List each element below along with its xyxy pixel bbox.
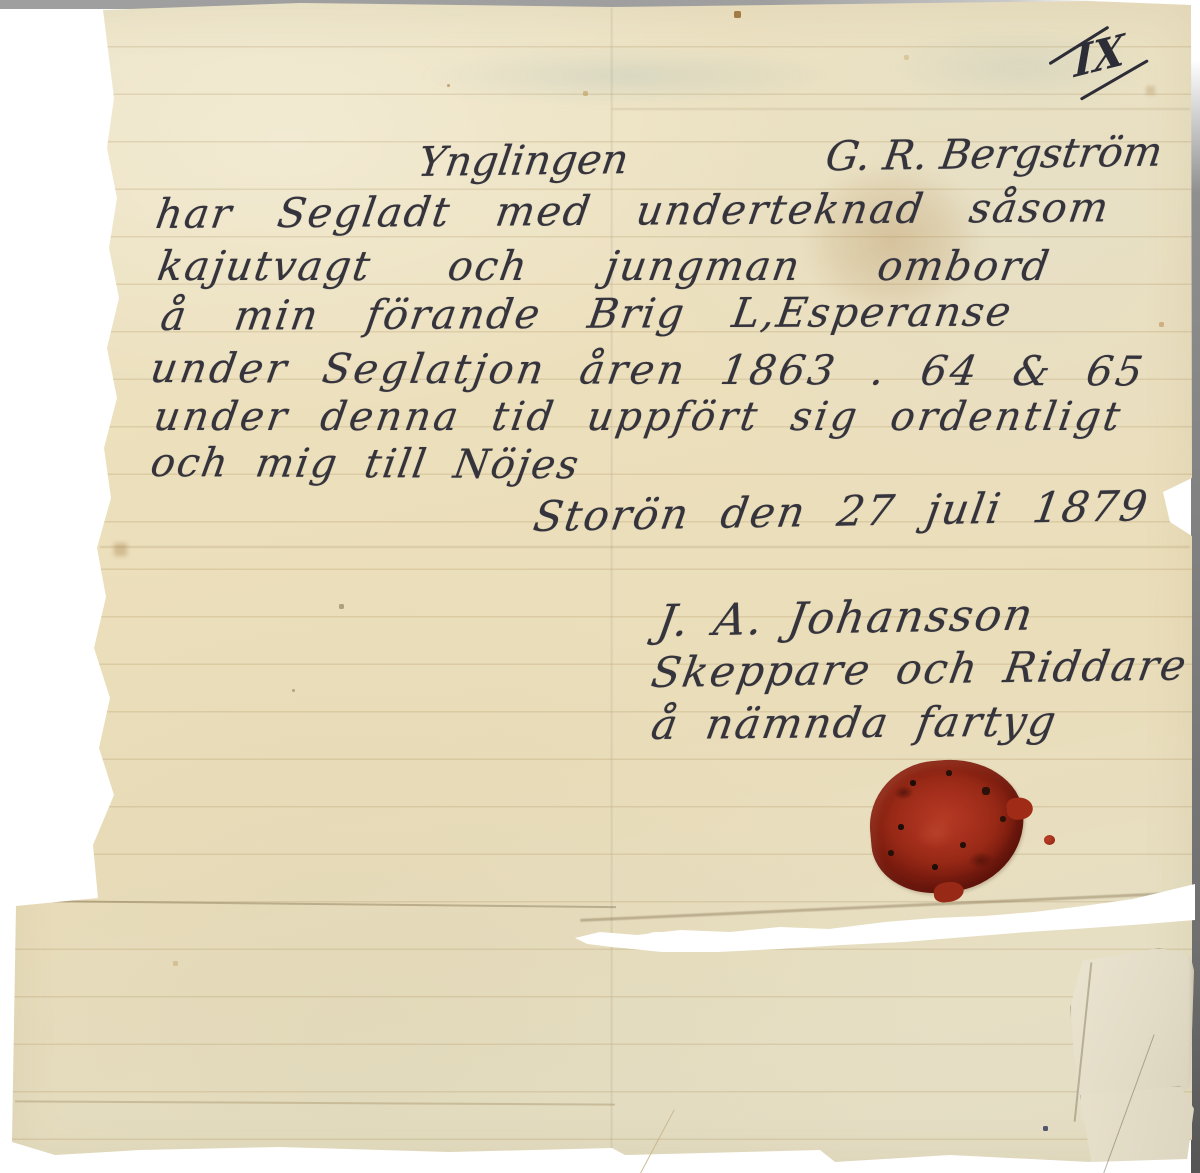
- torn-corner-flap-fold: [1080, 1086, 1194, 1162]
- tear-hole: [600, 938, 610, 944]
- signature-title: Skeppare och Riddare: [648, 641, 1191, 697]
- horizontal-fold-crease-top: [612, 108, 1190, 110]
- archive-mark: IX: [1045, 14, 1150, 106]
- wax-seal: [865, 754, 1030, 899]
- signature-name: J. A. Johansson: [654, 589, 1038, 647]
- horizontal-fold-crease: [100, 546, 1190, 548]
- letter-opening-line: Ynglingen G. R. Bergström: [415, 128, 1166, 186]
- letter-line: under Seglatjon åren 1863 . 64 & 65: [147, 344, 1149, 395]
- ruled-line-strong: [15, 1100, 615, 1105]
- letter-line: och mig till Nöjes: [147, 440, 583, 488]
- tear-line-left: [16, 900, 616, 908]
- name-bergstrom: G. R. Bergström: [823, 128, 1166, 181]
- letter-sheet: IX Ynglingen G. R. Bergström har Segladt…: [0, 0, 1200, 1173]
- ink-bleed-through: [420, 48, 840, 103]
- letter-line: under denna tid uppfört sig ordentligt: [151, 394, 1126, 440]
- word-ynglingen: Ynglingen: [415, 135, 632, 186]
- dateline: Storön den 27 juli 1879: [530, 481, 1152, 541]
- wax-drip-dot: [1044, 835, 1055, 845]
- letter-line: har Segladt med underteknad såsom: [153, 183, 1114, 238]
- letter-line: å min förande Brig L,Esperanse: [158, 288, 1016, 340]
- signature-vessel: å nämnda fartyg: [648, 696, 1062, 749]
- letter-line: kajutvagt och jungman ombord: [154, 242, 1054, 290]
